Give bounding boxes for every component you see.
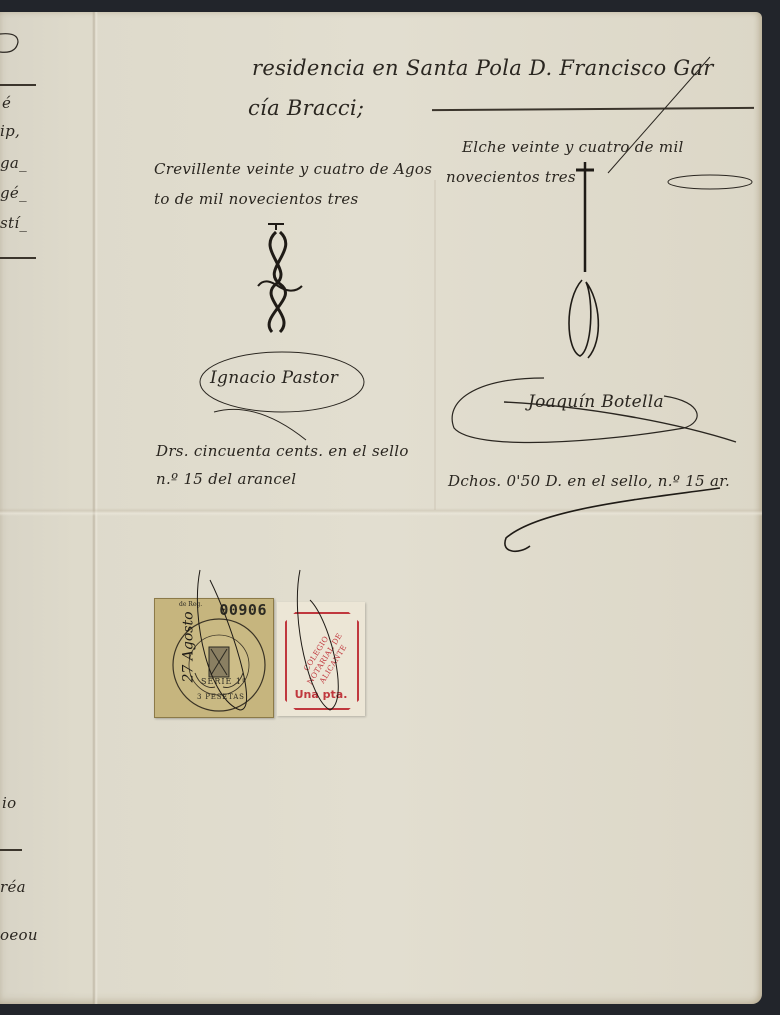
signature-flourish-right xyxy=(444,372,744,452)
margin-fragment: stí_ xyxy=(0,214,27,232)
cancellation-strokes xyxy=(180,560,370,730)
margin-fragment: é xyxy=(2,94,11,112)
left-fee-line1: Drs. cincuenta cents. en el sello xyxy=(156,442,409,460)
margin-fragment: gé_ xyxy=(0,184,27,202)
closing-flourish xyxy=(500,478,730,558)
margin-rule xyxy=(0,849,22,851)
slash-stroke xyxy=(600,55,720,175)
margin-fragment: réa xyxy=(0,878,26,896)
signature-flourish-left xyxy=(196,346,376,446)
margin-fragment: io xyxy=(2,794,16,812)
margin-rule-top xyxy=(0,84,36,86)
signature-ignacio-pastor: Ignacio Pastor xyxy=(210,368,338,388)
notary-rubric-icon xyxy=(250,220,310,335)
right-date-line2: novecientos tres xyxy=(446,168,576,186)
left-date-line1: Crevillente veinte y cuatro de Agos xyxy=(154,160,432,178)
left-date-line2: to de mil novecientos tres xyxy=(154,190,359,208)
center-crease xyxy=(434,180,436,510)
margin-fragment: ga_ xyxy=(0,154,27,172)
margin-fragment: oeou xyxy=(0,926,38,944)
margin-fragment: ip, xyxy=(0,122,20,140)
signature-joaquin-botella: Joaquín Botella xyxy=(528,392,664,412)
margin-rule-bottom xyxy=(0,257,36,259)
margin-oval-icon xyxy=(0,28,22,58)
notary-rubric-right-icon xyxy=(560,160,760,380)
text-line-name: cía Bracci; xyxy=(248,96,364,120)
left-fee-line2: n.º 15 del arancel xyxy=(156,470,296,488)
right-date-line1: Elche veinte y cuatro de mil xyxy=(462,138,684,156)
